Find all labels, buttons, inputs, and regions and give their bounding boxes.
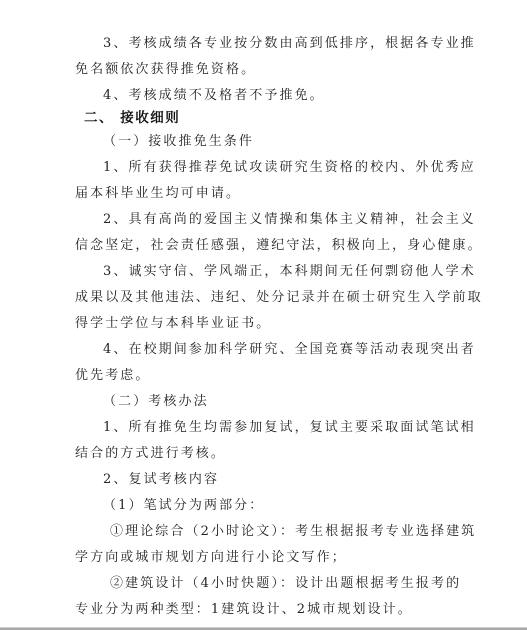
written-exam-item-1-line-1: ①理论综合（2小时论文）：考生根据报考专业选择建筑 bbox=[110, 524, 476, 540]
condition-2-line-2: 信念坚定，社会责任感强，遵纪守法，积极向上，身心健康。 bbox=[75, 238, 483, 254]
condition-4-line-2: 优先考虑。 bbox=[75, 368, 151, 384]
method-1-line-2: 结合的方式进行考核。 bbox=[75, 446, 226, 462]
paragraph-ranking-line-1: 3、考核成绩各专业按分数由高到低排序，根据各专业推 bbox=[103, 36, 476, 52]
written-exam-heading: （1）笔试分为两部分： bbox=[103, 498, 264, 514]
condition-2-line-1: 2、具有高尚的爱国主义情操和集体主义精神，社会主义 bbox=[103, 212, 476, 228]
method-1-line-1: 1、所有推免生均需参加复试，复试主要采取面试笔试相 bbox=[103, 420, 476, 436]
condition-1-line-2: 届本科毕业生均可申请。 bbox=[75, 186, 241, 202]
condition-3-line-2: 成果以及其他违法、违纪、处分记录并在硕士研究生入学前取 bbox=[75, 290, 483, 306]
written-exam-item-1-line-2: 学方向或城市规划方向进行小论文写作； bbox=[75, 550, 347, 566]
written-exam-item-2-line-2: 专业分为两种类型：1建筑设计、2城市规划设计。 bbox=[75, 602, 413, 618]
section-heading-receiving-rules: 二、 接收细则 bbox=[84, 110, 180, 126]
method-2-heading: 2、复试考核内容 bbox=[103, 472, 219, 488]
condition-1-line-1: 1、所有获得推荐免试攻读研究生资格的校内、外优秀应 bbox=[103, 160, 476, 176]
condition-3-line-3: 得学士学位与本科毕业证书。 bbox=[75, 316, 271, 332]
subsection-heading-conditions: （一）接收推免生条件 bbox=[103, 134, 254, 150]
condition-3-line-1: 3、诚实守信、学风端正，本科期间无任何剽窃他人学术 bbox=[103, 264, 476, 280]
paragraph-fail-rule: 4、考核成绩不及格者不予推免。 bbox=[103, 88, 325, 104]
condition-4-line-1: 4、在校期间参加科学研究、全国竞赛等活动表现突出者 bbox=[103, 342, 476, 358]
subsection-heading-assessment: （二）考核办法 bbox=[103, 394, 209, 410]
written-exam-item-2-line-1: ②建筑设计（4小时快题）：设计出题根据考生报考的 bbox=[110, 576, 461, 592]
document-page: 3、考核成绩各专业按分数由高到低排序，根据各专业推 免名额依次获得推免资格。 4… bbox=[0, 0, 527, 627]
paragraph-ranking-line-2: 免名额依次获得推免资格。 bbox=[75, 62, 256, 78]
